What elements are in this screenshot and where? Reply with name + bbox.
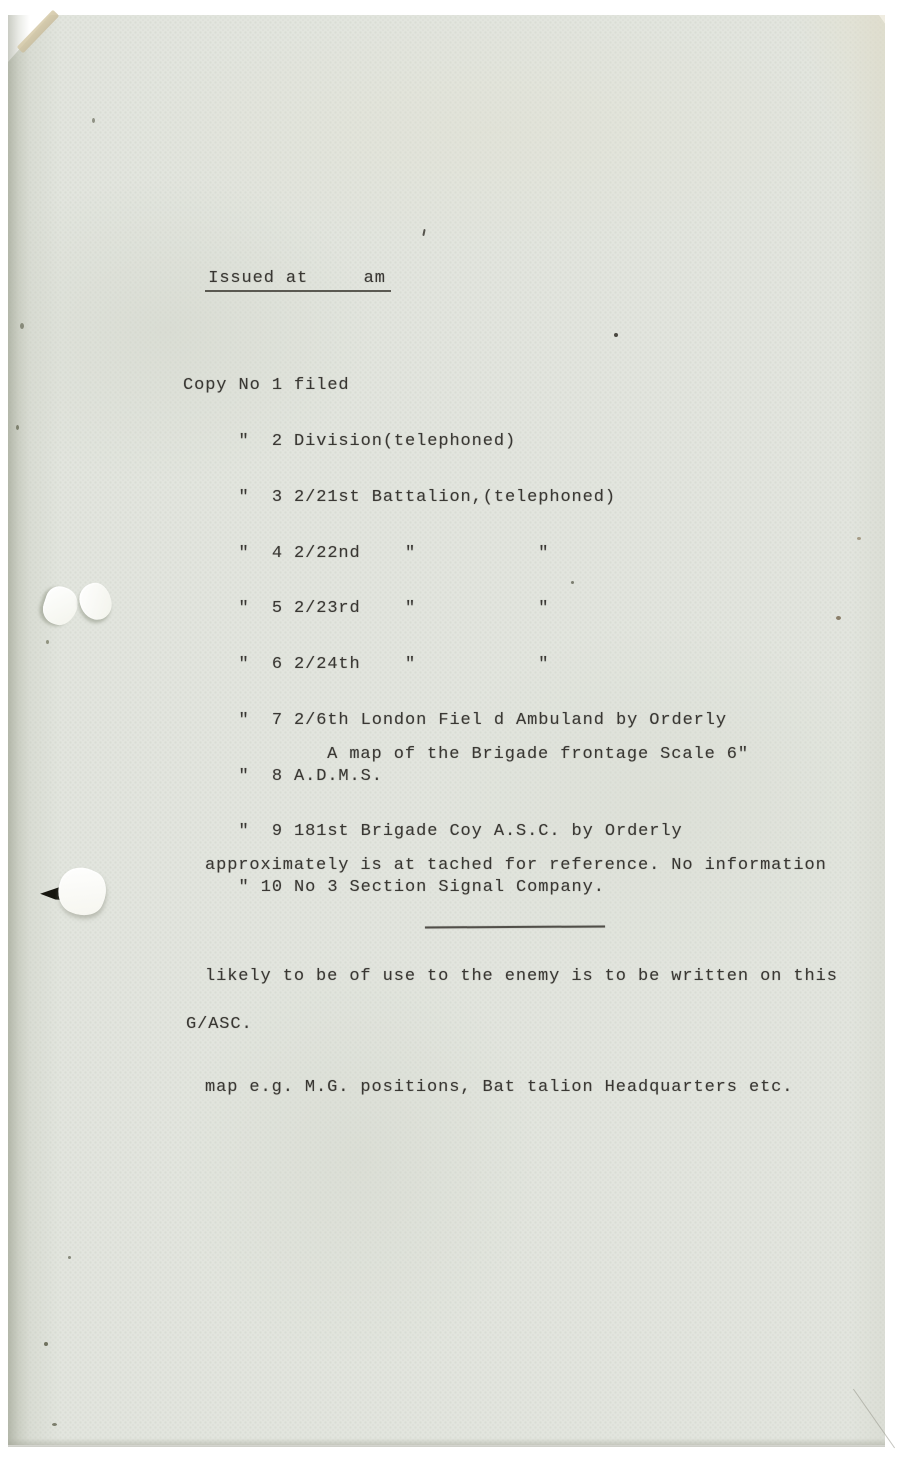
issued-heading-text: Issued at am (205, 269, 391, 292)
paper-speck (52, 1423, 57, 1426)
scan-background: { "document": { "issued_heading": "Issue… (0, 0, 900, 1458)
paper-speck (92, 118, 95, 123)
list-line: " 4 2/22nd " " (183, 545, 727, 564)
paper-speck (16, 425, 19, 430)
list-line: Copy No 1 filed (183, 377, 727, 396)
issued-heading: Issued at am (183, 250, 391, 292)
paper-speck (836, 616, 841, 620)
list-line: " 2 Division(telephoned) (183, 433, 727, 452)
paragraph-line: likely to be of use to the enemy is to b… (205, 958, 838, 995)
body-paragraph: A map of the Brigade frontage Scale 6" a… (205, 662, 838, 1143)
paper-speck (68, 1256, 71, 1259)
bottom-edge-shadow (8, 1438, 885, 1447)
paragraph-line: approximately is at tached for reference… (205, 847, 838, 884)
ink-speck (614, 333, 618, 337)
list-line: " 5 2/23rd " " (183, 600, 727, 619)
paper-speck (857, 537, 861, 540)
left-edge-shading (8, 15, 32, 1445)
paper-speck (44, 1342, 48, 1346)
top-right-crease (790, 15, 885, 190)
paper-speck (20, 323, 24, 329)
paragraph-line: A map of the Brigade frontage Scale 6" (205, 736, 838, 773)
list-line: " 3 2/21st Battalion,(telephoned) (183, 489, 727, 508)
paragraph-line: map e.g. M.G. positions, Bat talion Head… (205, 1069, 838, 1106)
paper-speck (571, 581, 574, 584)
paper-speck (46, 640, 49, 644)
reference-code: G/ASC. (186, 1015, 253, 1034)
